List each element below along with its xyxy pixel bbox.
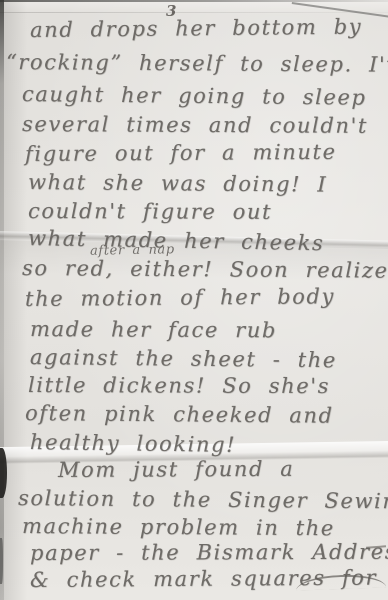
handwritten-line: what made her cheeks xyxy=(28,226,325,255)
scan-edge-left xyxy=(0,0,4,600)
handwritten-line: often pink cheeked and xyxy=(25,401,334,428)
handwritten-line: machine problem in the xyxy=(22,514,335,540)
handwritten-line: healthy looking! xyxy=(30,430,236,457)
handwritten-line: couldn't figure out xyxy=(28,199,272,224)
handwritten-line: and drops her bottom by xyxy=(30,15,362,42)
handwritten-line: paper - the Bismark Address xyxy=(30,540,388,565)
handwritten-line: made her face rub xyxy=(30,317,277,342)
handwritten-line: so red, either! Soon realized xyxy=(22,256,388,283)
handwritten-line: what she was doing! I xyxy=(28,170,327,197)
handwritten-line: the motion of her body xyxy=(25,284,335,311)
scan-edge-top xyxy=(0,0,388,2)
handwritten-line: figure out for a minute xyxy=(25,140,337,166)
letter-page: 3 and drops her bottom by “rocking” hers… xyxy=(0,0,388,600)
handwritten-line: against the sheet - the xyxy=(30,345,337,372)
handwritten-line: little dickens! So she's xyxy=(28,373,330,398)
handwritten-line: several times and couldn't xyxy=(22,112,368,138)
handwritten-line: Mom just found a xyxy=(58,457,294,482)
scan-mark-left-bottom xyxy=(0,538,3,584)
handwritten-line: caught her going to sleep xyxy=(22,82,367,110)
paper-top-crease xyxy=(0,12,388,13)
handwritten-line: solution to the Singer Sewing xyxy=(18,486,388,513)
handwritten-line: “rocking” herself to sleep. I've xyxy=(6,50,388,77)
